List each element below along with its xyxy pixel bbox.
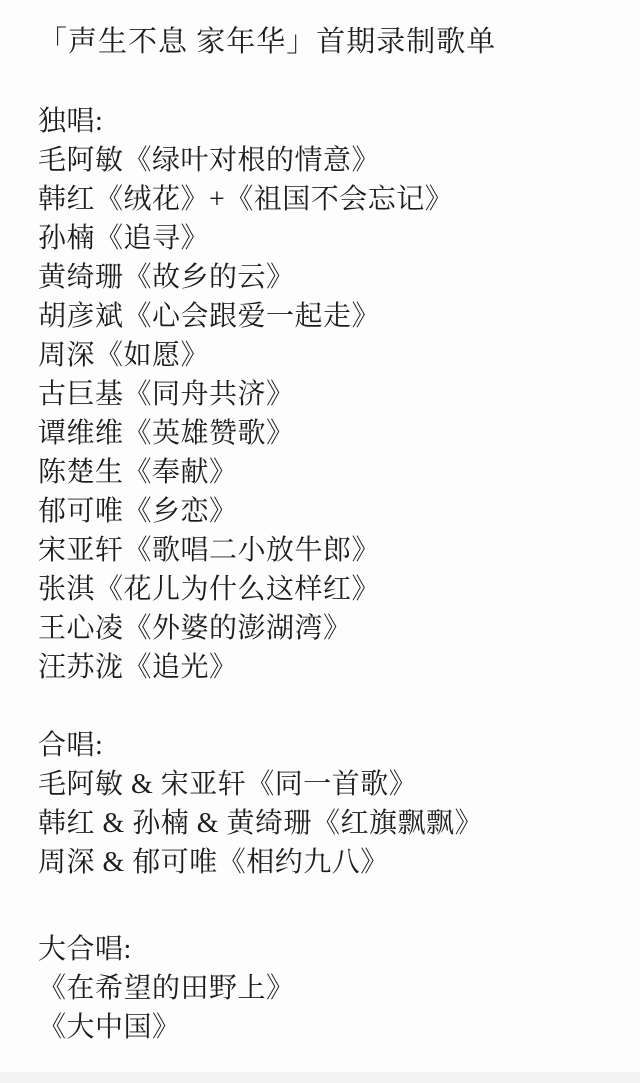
song-item: 宋亚轩《歌唱二小放牛郎》 [38,531,612,570]
song-item: 谭维维《英雄赞歌》 [38,414,612,453]
song-item: 周深 & 郁可唯《相约九八》 [38,843,612,882]
bottom-edge-shade [0,1072,640,1083]
song-item: 毛阿敏《绿叶对根的情意》 [38,141,612,180]
song-item: 韩红《绒花》+《祖国不会忘记》 [38,180,612,219]
page-title: 「声生不息 家年华」首期录制歌单 [38,22,612,62]
song-item: 古巨基《同舟共济》 [38,375,612,414]
section-chorus: 合唱: 毛阿敏 & 宋亚轩《同一首歌》 韩红 & 孙楠 & 黄绮珊《红旗飘飘》 … [38,726,612,882]
section-solo: 独唱: 毛阿敏《绿叶对根的情意》 韩红《绒花》+《祖国不会忘记》 孙楠《追寻》 … [38,102,612,687]
document: 「声生不息 家年华」首期录制歌单 独唱: 毛阿敏《绿叶对根的情意》 韩红《绒花》… [0,0,640,1083]
song-item: 《大中国》 [38,1008,612,1047]
song-item: 陈楚生《奉献》 [38,453,612,492]
song-item: 汪苏泷《追光》 [38,648,612,687]
song-item: 韩红 & 孙楠 & 黄绮珊《红旗飘飘》 [38,804,612,843]
section-heading-chorus: 合唱: [38,726,612,765]
song-item: 张淇《花儿为什么这样红》 [38,570,612,609]
song-item: 孙楠《追寻》 [38,219,612,258]
section-heading-grand-chorus: 大合唱: [38,930,612,969]
section-heading-solo: 独唱: [38,102,612,141]
song-item: 郁可唯《乡恋》 [38,492,612,531]
song-item: 王心凌《外婆的澎湖湾》 [38,609,612,648]
song-item: 毛阿敏 & 宋亚轩《同一首歌》 [38,765,612,804]
song-item: 胡彦斌《心会跟爱一起走》 [38,297,612,336]
song-item: 周深《如愿》 [38,336,612,375]
song-item: 《在希望的田野上》 [38,969,612,1008]
song-item: 黄绮珊《故乡的云》 [38,258,612,297]
section-grand-chorus: 大合唱: 《在希望的田野上》 《大中国》 [38,930,612,1047]
